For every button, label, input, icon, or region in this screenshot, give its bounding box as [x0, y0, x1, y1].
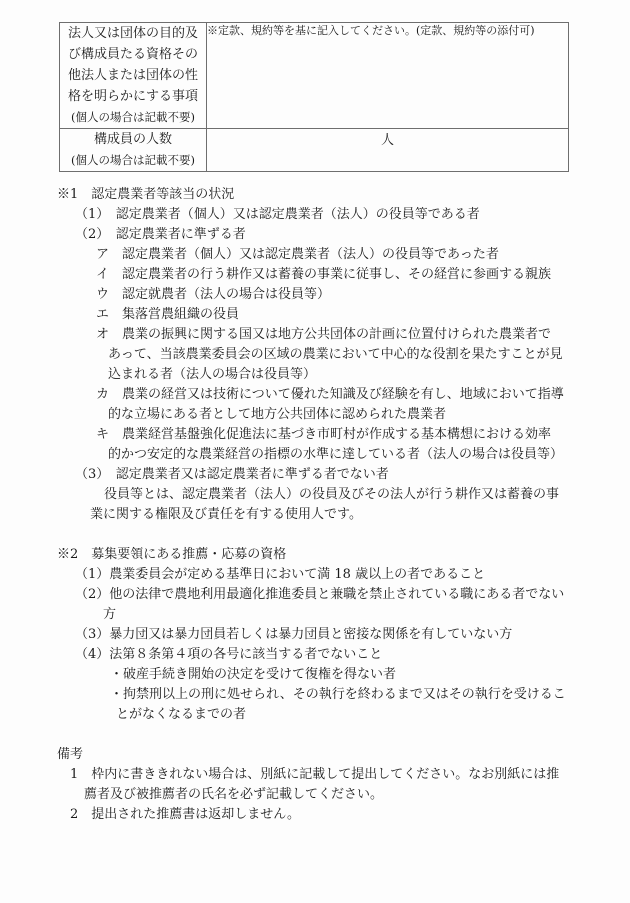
note2-heading: ※2 募集要領にある推薦・応募の資格 — [57, 545, 286, 565]
purpose-instruction: ※定款、規約等を基に記入してください。(定款、規約等の添付可) — [207, 24, 535, 37]
note1-item: （3） 認定農業者又は認定農業者に準ずる者でない者 — [75, 465, 389, 485]
purpose-label-note: (個人の場合は記載不要) — [60, 107, 206, 128]
note2-item-cont: 方 — [103, 605, 116, 625]
purpose-value-field[interactable]: ※定款、規約等を基に記入してください。(定款、規約等の添付可) — [207, 23, 569, 129]
note1-subitem: エ 集落営農組織の役員 — [96, 305, 239, 325]
note1-footnote-cont: 業に関する権限及び責任を有する使用人です。 — [90, 505, 362, 525]
note1-item: （2） 認定農業者に準ずる者 — [75, 225, 246, 245]
note1-footnote: 役員等とは、認定農業者（法人）の役員及びその法人が行う耕作又は蓄養の事 — [104, 485, 559, 505]
purpose-row: 法人又は団体の目的及 び構成員たる資格その 他法人または団体の性 格を明らかにす… — [60, 23, 569, 129]
note2-item: （2）他の法律で農地利用最適化推進委員と兼職を禁止されている職にある者でない — [75, 585, 564, 605]
purpose-label-line: 法人又は団体の目的及 — [60, 23, 206, 44]
note1-heading: ※1 認定農業者等該当の状況 — [57, 185, 234, 205]
note1-subitem-cont: 込まれる者（法人の場合は役員等） — [108, 365, 316, 385]
applicant-info-table: 法人又は団体の目的及 び構成員たる資格その 他法人または団体の性 格を明らかにす… — [59, 22, 569, 172]
purpose-label-line: 他法人または団体の性 — [60, 65, 206, 86]
note1-subitem: キ 農業経営基盤強化促進法に基づき市町村が作成する基本構想における効率 — [96, 425, 551, 445]
member-count-row: 構成員の人数 (個人の場合は記載不要) 人 — [60, 129, 569, 172]
purpose-label-line: 格を明らかにする事項 — [60, 86, 206, 107]
note2-bullet-cont: とがなくなるまでの者 — [116, 705, 246, 725]
member-count-label: 構成員の人数 — [60, 129, 206, 150]
note1-subitem-cont: 的かつ安定的な農業経営の指標の水準に達している者（法人の場合は役員等） — [108, 445, 563, 465]
note2-bullet: ・破産手続き開始の決定を受けて復権を得ない者 — [110, 665, 396, 685]
remarks-item-cont: 薦者及び被推薦者の氏名を必ず記載してください。 — [84, 785, 383, 805]
note1-subitem: イ 認定農業者の行う耕作又は蓄養の事業に従事し、その経営に参画する親族 — [96, 265, 551, 285]
member-count-unit: 人 — [381, 133, 394, 148]
member-count-note: (個人の場合は記載不要) — [60, 150, 206, 171]
note1-subitem: オ 農業の振興に関する国又は地方公共団体の計画に位置付けられた農業者で — [96, 325, 551, 345]
note1-subitem: ア 認定農業者（個人）又は認定農業者（法人）の役員等であった者 — [96, 245, 499, 265]
member-count-field[interactable]: 人 — [207, 129, 569, 172]
note1-subitem-cont: あって、当該農業委員会の区域の農業において中心的な役割を果たすことが見 — [108, 345, 563, 365]
note2-item: （4）法第８条第４項の各号に該当する者でないこと — [75, 645, 382, 665]
member-count-label-cell: 構成員の人数 (個人の場合は記載不要) — [60, 129, 207, 172]
note1-subitem-cont: 的な立場にある者として地方公共団体に認められた農業者 — [108, 405, 446, 425]
remarks-heading: 備考 — [57, 745, 83, 765]
note2-bullet: ・拘禁刑以上の刑に処せられ、その執行を終わるまで又はその執行を受けるこ — [110, 685, 566, 705]
note1-item: （1） 認定農業者（個人）又は認定農業者（法人）の役員等である者 — [75, 205, 480, 225]
note2-item: （3）暴力団又は暴力団員若しくは暴力団員と密接な関係を有していない方 — [75, 625, 512, 645]
purpose-label-line: び構成員たる資格その — [60, 44, 206, 65]
remarks-item: 2 提出された推薦書は返却しません。 — [70, 805, 300, 825]
note2-item: （1）農業委員会が定める基準日において満 18 歳以上の者であること — [75, 565, 485, 585]
note1-subitem: ウ 認定就農者（法人の場合は役員等） — [96, 285, 330, 305]
remarks-item: 1 枠内に書ききれない場合は、別紙に記載して提出してください。なお別紙には推 — [70, 765, 559, 785]
note1-subitem: カ 農業の経営又は技術について優れた知識及び経験を有し、地域において指導 — [96, 385, 564, 405]
purpose-label-cell: 法人又は団体の目的及 び構成員たる資格その 他法人または団体の性 格を明らかにす… — [60, 23, 207, 129]
